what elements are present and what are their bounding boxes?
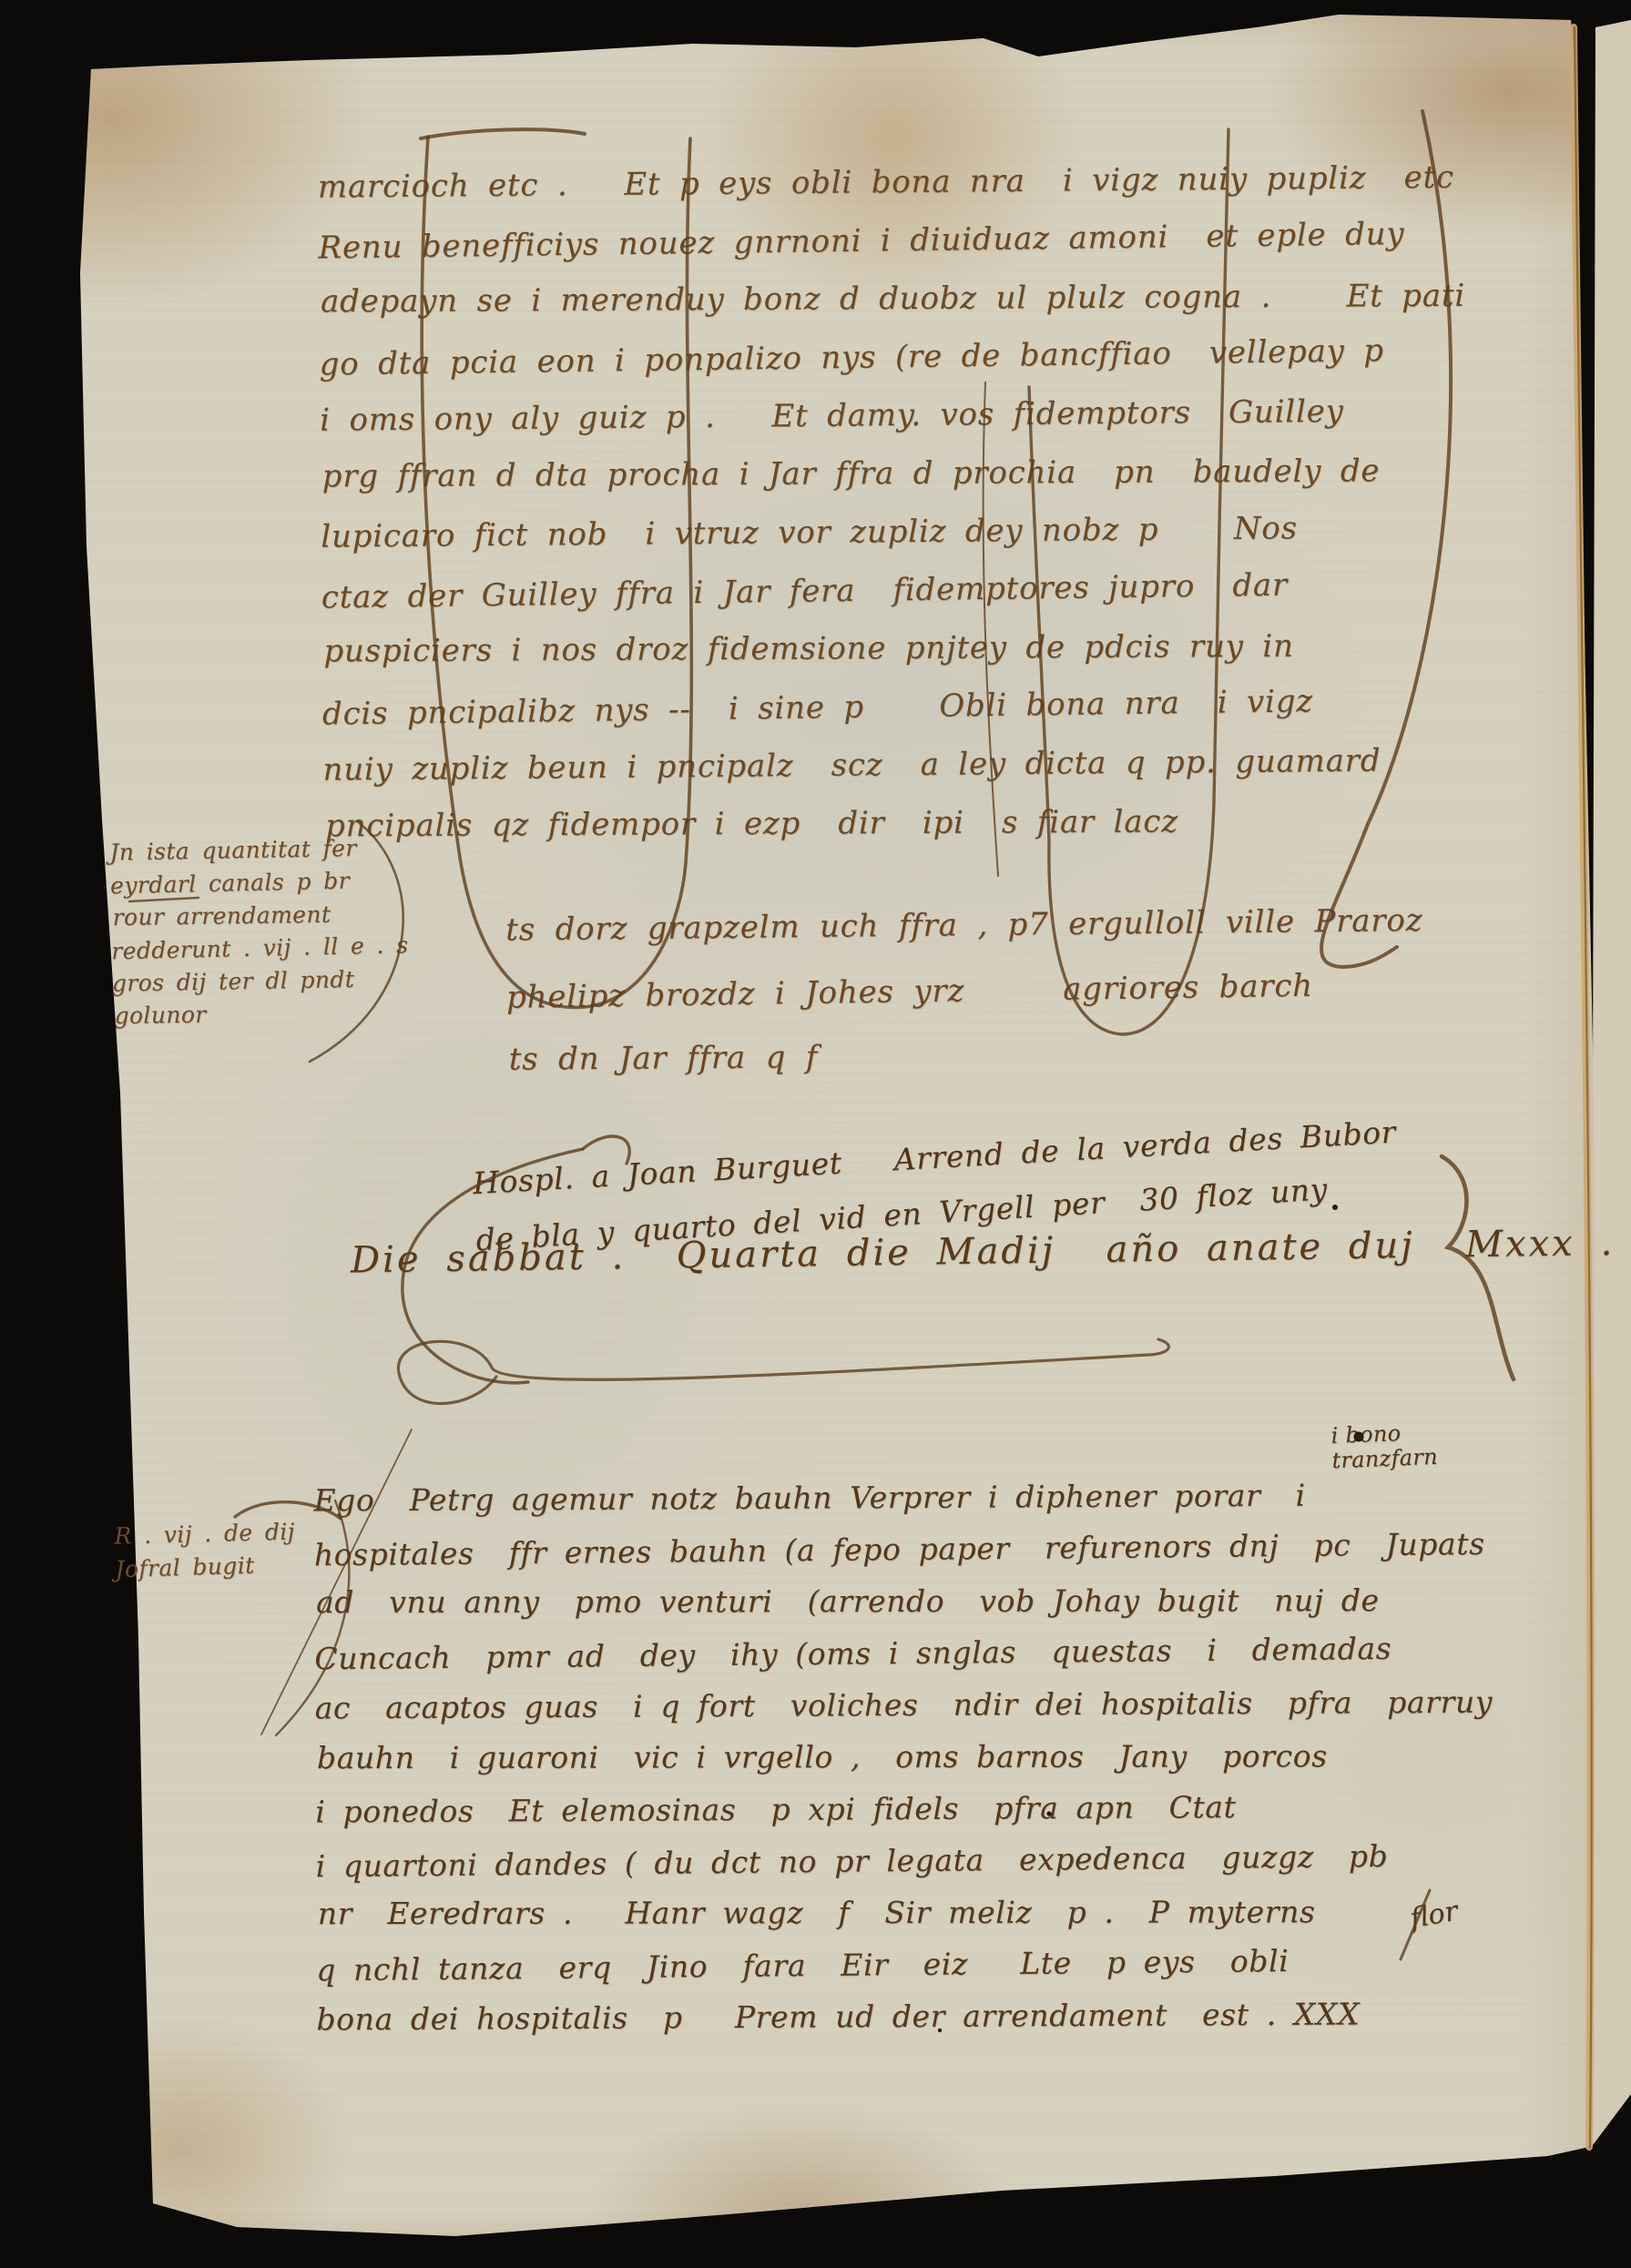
manuscript-line: puspiciers i nos droz fidemsione pnjtey …: [323, 616, 1507, 681]
manuscript-line: Ego Petrg agemur notz bauhn Verprer i di…: [313, 1469, 1497, 1527]
manuscript-line: q nchl tanza erq Jino fara Eir eiz Lte p…: [316, 1933, 1500, 1996]
manuscript-line: ad vnu anny pmo venturi (arrendo vob Joh…: [316, 1574, 1500, 1628]
interline-insertion-note: i bonotranzfarn: [1330, 1417, 1533, 1473]
margin-note-top: Jn ista quantitat fereyrdarl canals p br…: [109, 831, 386, 1032]
manuscript-line: i quartoni dandes ( du dct no pr legata …: [315, 1829, 1499, 1892]
manuscript-line: adepayn se i merenduy bonz d duobz ul pl…: [321, 267, 1504, 331]
manuscript-photo: marcioch etc . Et p eys obli bona nra i …: [0, 0, 1631, 2268]
manuscript-line: ac acaptos guas i q fort voliches ndir d…: [315, 1676, 1499, 1734]
manuscript-line: hospitales ffr ernes bauhn (a fepo paper…: [314, 1518, 1498, 1581]
manuscript-line: redderunt . vij . ll e . s: [111, 930, 385, 969]
witness-block: ts dorz grapzelm uch ffra , p7 ergulloll…: [505, 888, 1463, 1094]
manuscript-line: rour arrendament: [112, 898, 385, 934]
manuscript-line: prg ffran d dta procha i Jar ffra d proc…: [322, 442, 1506, 506]
manuscript-line: Jn ista quantitat fer: [109, 831, 383, 869]
manuscript-line: gros dij ter dl pndt: [112, 962, 386, 1000]
manuscript-line: ts dn Jar ffra q f: [509, 1020, 1465, 1092]
margin-note-bottom: R . vij . de dijJofral bugit: [114, 1513, 371, 1585]
manuscript-line: ts dorz grapzelm uch ffra , p7 ergulloll…: [505, 888, 1463, 963]
manuscript-line: eyrdarl canals p br: [110, 864, 384, 903]
manuscript-line: phelipz brozdz i Johes yrz agriores barc…: [506, 951, 1463, 1031]
manuscript-line: Cuncach pmr ad dey ihy (oms i snglas que…: [314, 1622, 1498, 1684]
manuscript-line: bona dei hospitalis p Prem ud der arrend…: [316, 1988, 1500, 2046]
manuscript-line: pncipalis qz fidempor i ezp dir ipi s fi…: [325, 791, 1509, 856]
manuscript-line: nr Eeredrars . Hanr wagz f Sir meliz p .…: [318, 1886, 1502, 1939]
manuscript-line: golunor: [114, 996, 387, 1032]
manuscript-line: bauhn i guaroni vic i vrgello , oms barn…: [317, 1730, 1501, 1784]
manuscript-line: i ponedos Et elemosinas p xpi fidels pfr…: [315, 1780, 1499, 1838]
bottom-entry-text: Ego Petrg agemur notz bauhn Verprer i di…: [313, 1469, 1500, 2046]
entry-top-text: marcioch etc . Et p eys obli bona nra i …: [318, 147, 1508, 857]
